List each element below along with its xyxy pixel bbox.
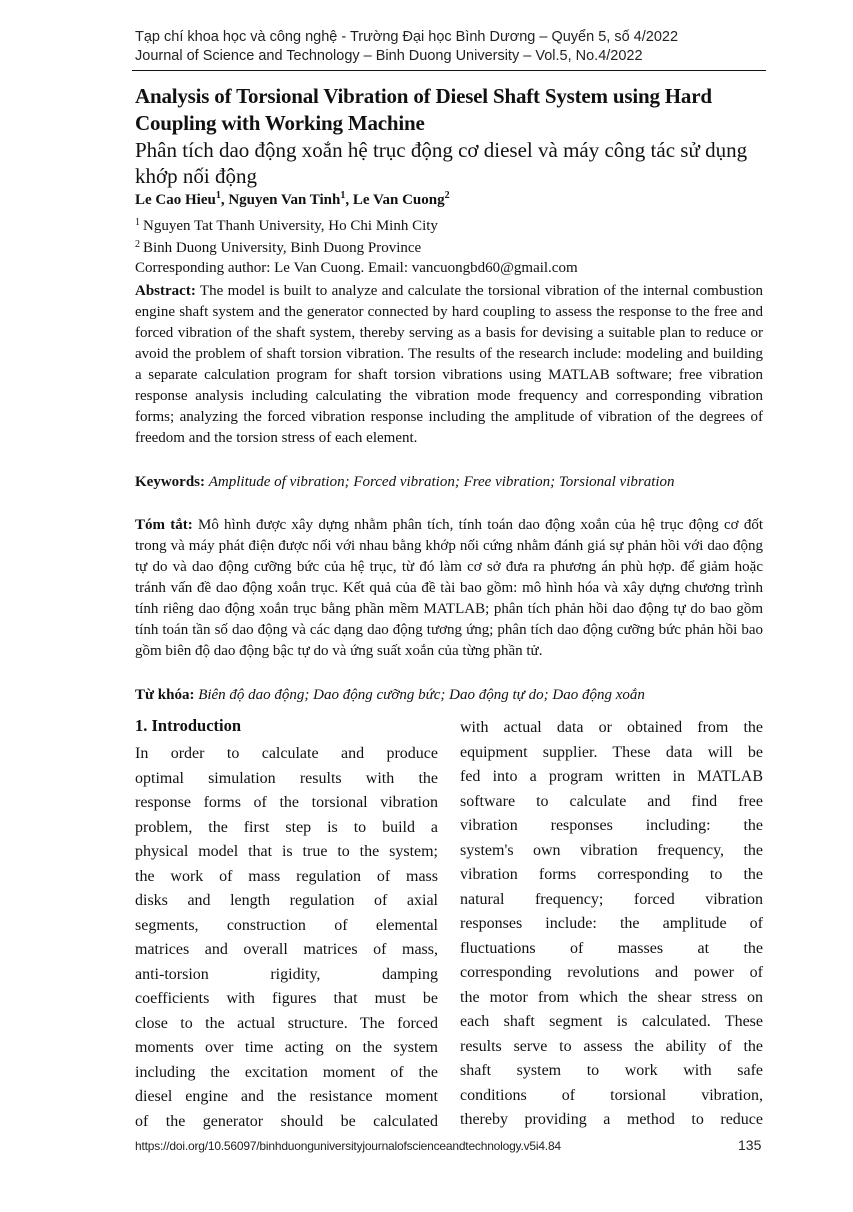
body-line: optimal simulation results with the [135, 767, 438, 792]
journal-header-vietnamese: Tạp chí khoa học và công nghệ - Trường Đ… [135, 28, 765, 47]
keywords: Keywords: Amplitude of vibration; Forced… [135, 472, 705, 493]
body-line: physical model that is true to the syste… [135, 840, 438, 865]
author-name: Le Van Cuong [353, 192, 445, 208]
body-line: fed into a program written in MATLAB [460, 765, 763, 790]
body-line: disks and length regulation of axial [135, 889, 438, 914]
abstract: Abstract: The model is built to analyze … [135, 281, 763, 449]
affiliation-mark: 2 [445, 190, 450, 201]
paper-title-english: Analysis of Torsional Vibration of Diese… [135, 83, 775, 137]
body-line: anti-torsion rigidity, damping [135, 963, 438, 988]
body-line: moments over time acting on the system [135, 1036, 438, 1061]
corresponding-author: Corresponding author: Le Van Cuong. Emai… [135, 258, 775, 278]
body-line: the work of mass regulation of mass [135, 865, 438, 890]
tu-khoa-text: Biên độ dao động; Dao động cưỡng bức; Da… [198, 687, 645, 703]
header-divider [132, 70, 766, 71]
body-line: responses include: the amplitude of [460, 912, 763, 937]
doi-link[interactable]: https://doi.org/10.56097/binhduonguniver… [135, 1138, 561, 1154]
keywords-label: Keywords: [135, 474, 205, 490]
body-line: fluctuations of masses at the [460, 937, 763, 962]
affiliation-text: Nguyen Tat Thanh University, Ho Chi Minh… [143, 218, 438, 234]
body-line: system's own vibration frequency, the [460, 839, 763, 864]
paper-page: Tạp chí khoa học và công nghệ - Trường Đ… [0, 0, 853, 1212]
author-list: Le Cao Hieu1, Nguyen Van Tinh1, Le Van C… [135, 190, 775, 210]
tom-tat-label: Tóm tắt: [135, 517, 193, 533]
body-line: equipment supplier. These data will be [460, 741, 763, 766]
affiliation-mark: 1 [216, 190, 221, 201]
affiliation-mark: 1 [340, 190, 345, 201]
body-line: thereby providing a method to reduce [460, 1108, 763, 1133]
vietnamese-keywords: Từ khóa: Biên độ dao động; Dao động cưỡn… [135, 685, 763, 706]
affiliation-mark: 2 [135, 239, 140, 250]
body-line: diesel engine and the resistance moment [135, 1085, 438, 1110]
body-line: of the generator should be calculated [135, 1110, 438, 1135]
body-line: each shaft segment is calculated. These [460, 1010, 763, 1035]
body-line: vibration responses including: the [460, 814, 763, 839]
tu-khoa-label: Từ khóa: [135, 687, 194, 703]
body-line: natural frequency; forced vibration [460, 888, 763, 913]
section-heading-introduction: 1. Introduction [135, 715, 241, 737]
body-line: corresponding revolutions and power of [460, 961, 763, 986]
affiliation-1: 1Nguyen Tat Thanh University, Ho Chi Min… [135, 216, 775, 236]
abstract-label: Abstract: [135, 283, 196, 299]
body-column-left: In order to calculate and produce optima… [135, 742, 438, 1134]
body-line: vibration forms corresponding to the [460, 863, 763, 888]
body-line: In order to calculate and produce [135, 742, 438, 767]
running-header: Tạp chí khoa học và công nghệ - Trường Đ… [135, 28, 765, 66]
body-line: problem, the first step is to build a [135, 816, 438, 841]
affiliation-mark: 1 [135, 217, 140, 228]
author-name: Le Cao Hieu [135, 192, 216, 208]
affiliation-2: 2Binh Duong University, Binh Duong Provi… [135, 238, 775, 258]
affiliation-text: Binh Duong University, Binh Duong Provin… [143, 240, 421, 256]
body-line: coefficients with figures that must be [135, 987, 438, 1012]
body-line: results serve to assess the ability of t… [460, 1035, 763, 1060]
tom-tat-text: Mô hình được xây dựng nhằm phân tích, tí… [135, 517, 763, 659]
body-column-right: with actual data or obtained from the eq… [460, 716, 763, 1133]
body-line: with actual data or obtained from the [460, 716, 763, 741]
body-line: close to the actual structure. The force… [135, 1012, 438, 1037]
paper-title-vietnamese: Phân tích dao động xoắn hệ trục động cơ … [135, 137, 775, 189]
body-line: conditions of torsional vibration, [460, 1084, 763, 1109]
body-line: the motor from which the shear stress on [460, 986, 763, 1011]
body-line: including the excitation moment of the [135, 1061, 438, 1086]
abstract-text: The model is built to analyze and calcul… [135, 283, 763, 446]
body-line: software to calculate and find free [460, 790, 763, 815]
journal-header-english: Journal of Science and Technology – Binh… [135, 47, 765, 66]
body-line: matrices and overall matrices of mass, [135, 938, 438, 963]
body-line: shaft system to work with safe [460, 1059, 763, 1084]
vietnamese-abstract: Tóm tắt: Mô hình được xây dựng nhằm phân… [135, 515, 763, 662]
author-name: Nguyen Van Tinh [228, 192, 340, 208]
body-line: segments, construction of elemental [135, 914, 438, 939]
keywords-text: Amplitude of vibration; Forced vibration… [209, 474, 675, 490]
body-line: response forms of the torsional vibratio… [135, 791, 438, 816]
page-number: 135 [738, 1136, 761, 1154]
